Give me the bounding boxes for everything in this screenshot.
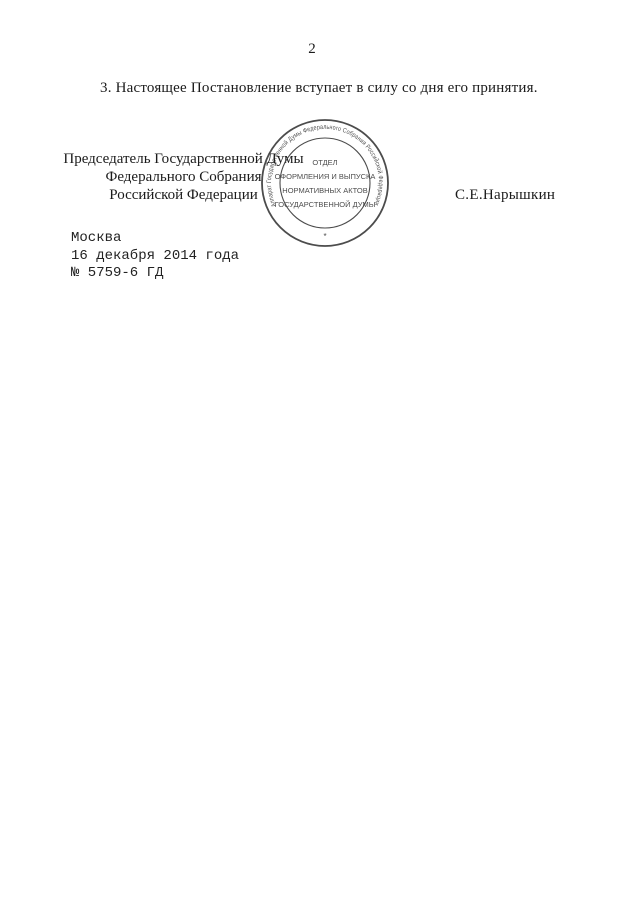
stamp-center-line: ОФОРМЛЕНИЯ И ВЫПУСКА — [275, 172, 376, 181]
stamp-center-line: ГОСУДАРСТВЕННОЙ ДУМЫ — [275, 200, 376, 209]
stamp-outer-ring — [262, 120, 388, 246]
issuance-city: Москва — [71, 230, 239, 248]
page-number: 2 — [0, 41, 624, 58]
official-round-stamp-icon: Аппарат Государственной Думы Федеральног… — [255, 113, 395, 253]
stamp-star-separator: * — [323, 232, 326, 241]
issuance-date: 16 декабря 2014 года — [71, 248, 239, 266]
signatory-name: С.Е.Нарышкин — [455, 187, 555, 204]
document-page: 2 3. Настоящее Постановление вступает в … — [0, 0, 640, 905]
resolution-clause-text: 3. Настоящее Постановление вступает в си… — [100, 80, 538, 97]
stamp-inner-ring — [280, 138, 370, 228]
issuance-number: № 5759-6 ГД — [71, 265, 239, 283]
stamp-center-line: ОТДЕЛ — [312, 158, 337, 167]
issuance-block: Москва 16 декабря 2014 года № 5759-6 ГД — [71, 230, 239, 283]
stamp-center-line: НОРМАТИВНЫХ АКТОВ — [282, 186, 367, 195]
